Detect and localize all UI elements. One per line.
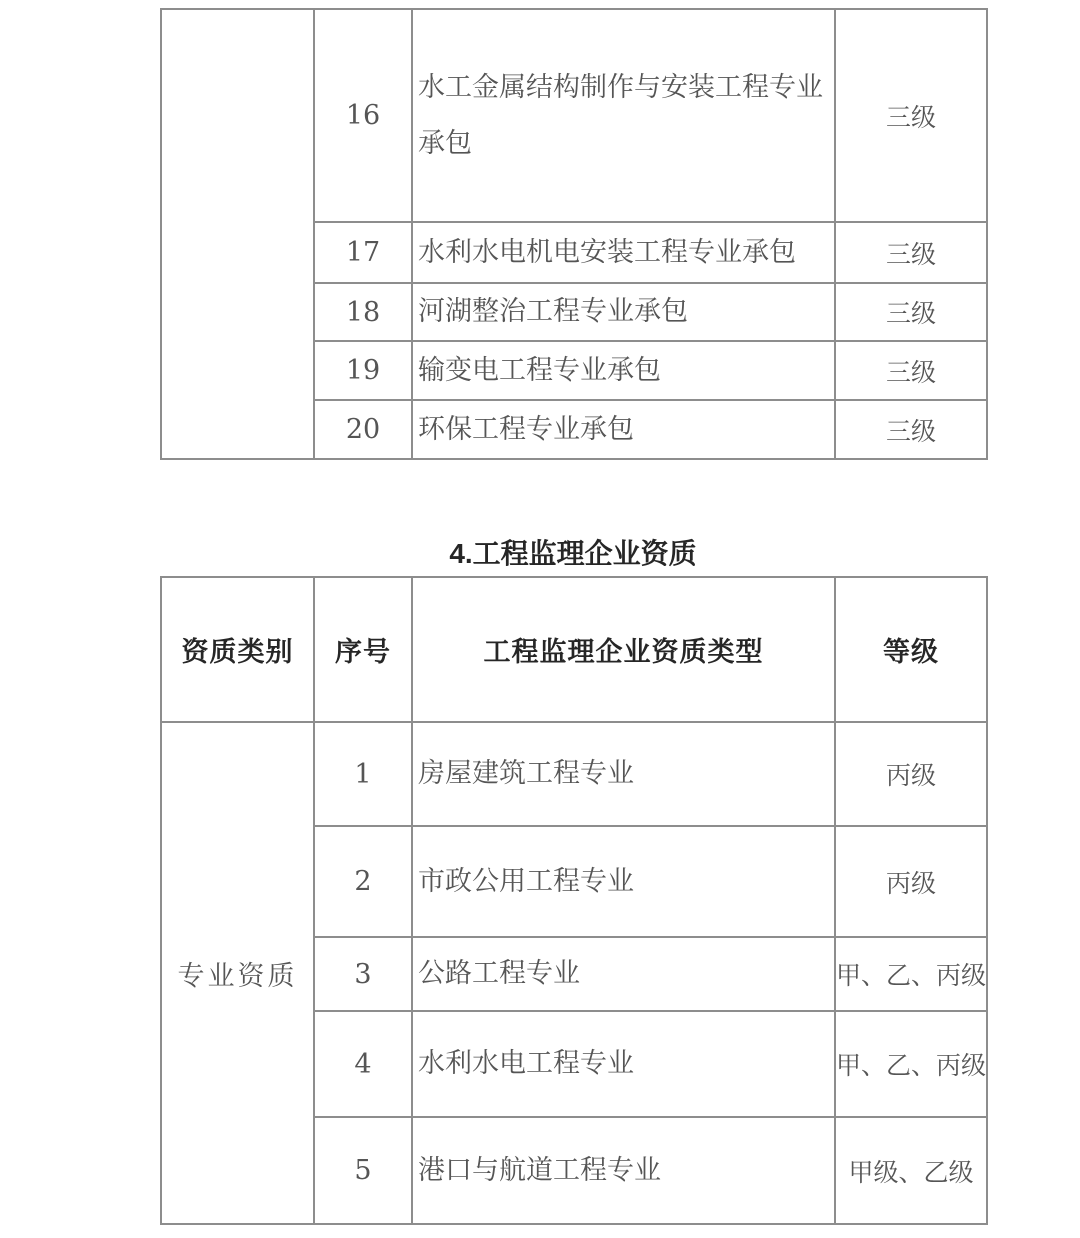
category-cell: 专业资质 [161, 722, 314, 1224]
header-category: 资质类别 [161, 577, 314, 722]
serial-cell: 4 [314, 1011, 412, 1117]
serial-cell: 3 [314, 937, 412, 1011]
grade-cell: 丙级 [835, 722, 987, 826]
type-cell: 水利水电工程专业 [412, 1011, 835, 1117]
type-cell: 环保工程专业承包 [412, 400, 835, 459]
supervision-qualification-table: 资质类别 序号 工程监理企业资质类型 等级 专业资质 1 房屋建筑工程专业 丙级… [160, 576, 988, 1225]
grade-cell: 三级 [835, 341, 987, 400]
type-cell: 房屋建筑工程专业 [412, 722, 835, 826]
type-cell: 河湖整治工程专业承包 [412, 283, 835, 341]
contracting-qualification-table: 16 水工金属结构制作与安装工程专业承包 三级 17 水利水电机电安装工程专业承… [160, 8, 988, 460]
serial-cell: 5 [314, 1117, 412, 1224]
grade-cell: 三级 [835, 283, 987, 341]
type-cell: 输变电工程专业承包 [412, 341, 835, 400]
serial-cell: 16 [314, 9, 412, 222]
grade-cell: 甲、乙、丙级 [835, 1011, 987, 1117]
header-type: 工程监理企业资质类型 [412, 577, 835, 722]
serial-cell: 19 [314, 341, 412, 400]
header-serial: 序号 [314, 577, 412, 722]
serial-cell: 2 [314, 826, 412, 937]
table-row: 16 水工金属结构制作与安装工程专业承包 三级 [161, 9, 987, 222]
grade-cell: 甲级、乙级 [835, 1117, 987, 1224]
type-cell: 水工金属结构制作与安装工程专业承包 [412, 9, 835, 222]
header-grade: 等级 [835, 577, 987, 722]
serial-cell: 18 [314, 283, 412, 341]
grade-cell: 三级 [835, 222, 987, 283]
category-cell-empty [161, 9, 314, 459]
grade-cell: 丙级 [835, 826, 987, 937]
grade-cell: 三级 [835, 9, 987, 222]
type-cell: 市政公用工程专业 [412, 826, 835, 937]
grade-cell: 甲、乙、丙级 [835, 937, 987, 1011]
table-row: 专业资质 1 房屋建筑工程专业 丙级 [161, 722, 987, 826]
type-cell: 公路工程专业 [412, 937, 835, 1011]
serial-cell: 20 [314, 400, 412, 459]
serial-cell: 17 [314, 222, 412, 283]
type-cell: 水利水电机电安装工程专业承包 [412, 222, 835, 283]
grade-cell: 三级 [835, 400, 987, 459]
section-heading: 4.工程监理企业资质 [160, 538, 986, 570]
serial-cell: 1 [314, 722, 412, 826]
table-header-row: 资质类别 序号 工程监理企业资质类型 等级 [161, 577, 987, 722]
document-content: 16 水工金属结构制作与安装工程专业承包 三级 17 水利水电机电安装工程专业承… [160, 0, 986, 1225]
type-cell: 港口与航道工程专业 [412, 1117, 835, 1224]
document-page: 16 水工金属结构制作与安装工程专业承包 三级 17 水利水电机电安装工程专业承… [0, 0, 1080, 1238]
